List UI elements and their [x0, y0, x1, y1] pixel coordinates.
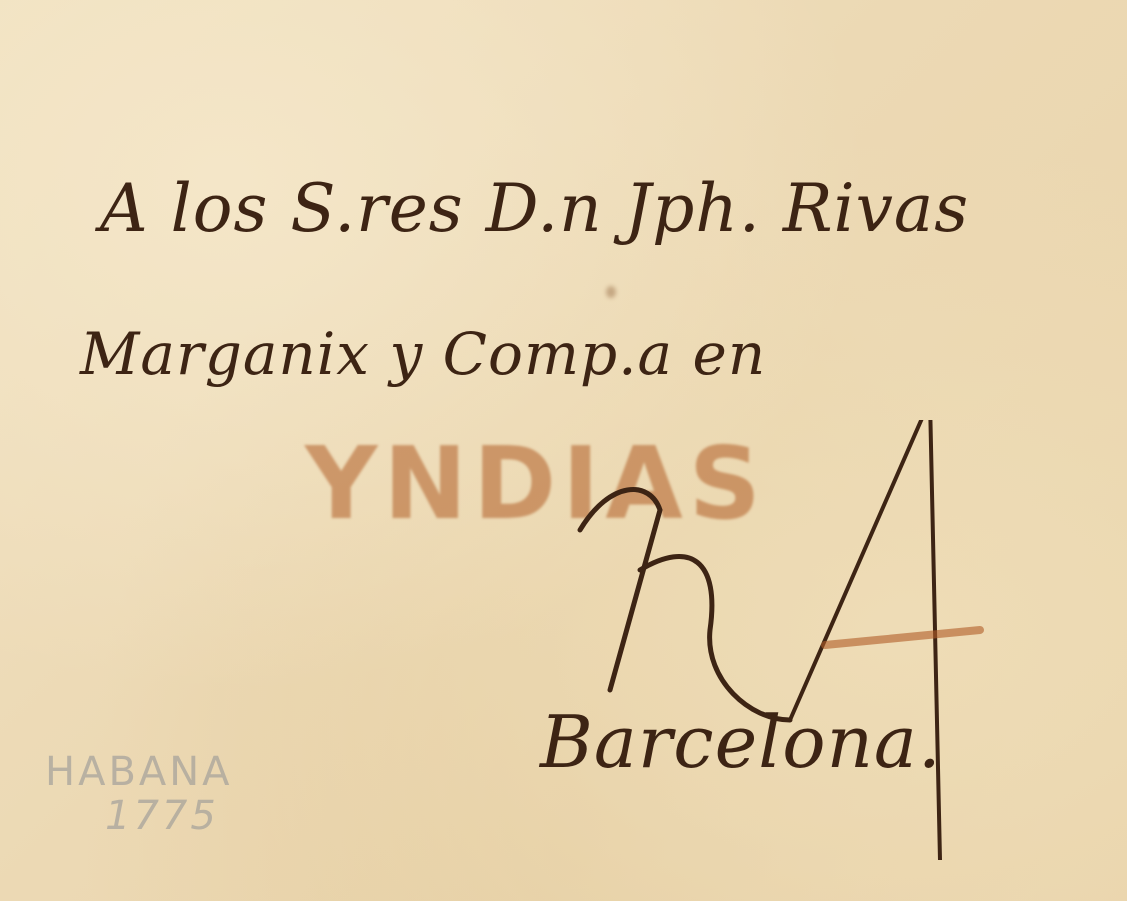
- ink-spot: [606, 286, 616, 298]
- destination-city: Barcelona.: [540, 700, 942, 784]
- rate-marking: [570, 420, 1000, 860]
- year-note: 1775: [45, 794, 233, 838]
- origin-note: HABANA: [45, 749, 233, 795]
- address-line-2: Marganix y Comp.a en: [80, 320, 766, 388]
- address-line-1: A los S.res D.n Jph. Rivas: [100, 170, 969, 247]
- pencil-annotation: HABANA 1775: [45, 750, 233, 838]
